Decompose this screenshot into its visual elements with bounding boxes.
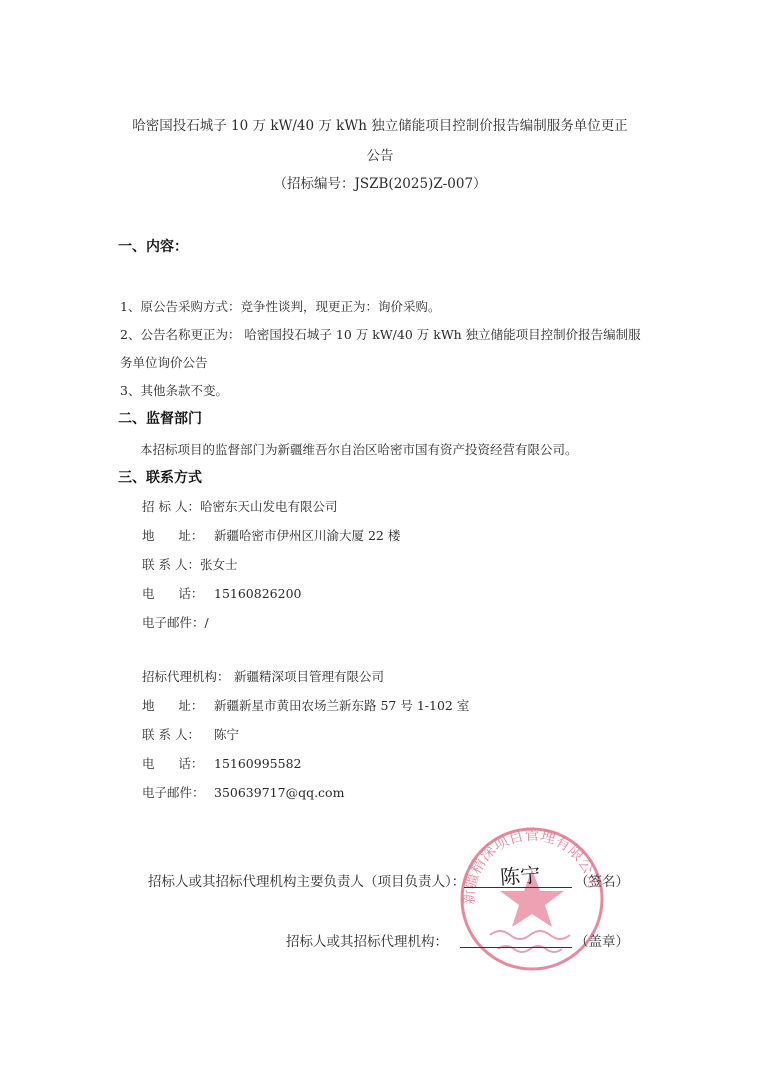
supervision-text: 本招标项目的监督部门为新疆维吾尔自治区哈密市国有资产投资经营有限公司。	[140, 440, 578, 458]
agency-address: 新疆新星市黄田农场兰新东路 57 号 1-102 室	[214, 698, 469, 713]
document-title-line1: 哈密国投石城子 10 万 kW/40 万 kWh 独立储能项目控制价报告编制服务…	[0, 114, 760, 134]
agency-phone-label: 电 话：	[142, 754, 214, 772]
tenderer-address: 新疆哈密市伊州区川渝大厦 22 楼	[214, 528, 400, 543]
agency-email: 350639717@qq.com	[214, 785, 344, 800]
official-seal-icon: 新疆精深项目管理有限公司	[458, 823, 606, 975]
agency-contact-label: 联 系 人：	[142, 725, 214, 743]
tenderer-address-row: 地 址：新疆哈密市伊州区川渝大厦 22 楼	[142, 526, 400, 544]
agency-phone-row: 电 话：15160995582	[142, 754, 301, 772]
agency-name-label: 招标代理机构：	[142, 667, 234, 685]
agency-email-row: 电子邮件：350639717@qq.com	[142, 783, 344, 801]
agency-contact-row: 联 系 人：陈宁	[142, 725, 239, 743]
tenderer-phone: 15160826200	[214, 586, 301, 601]
tenderer-name-label: 招 标 人：	[142, 497, 200, 515]
tenderer-contact-row: 联 系 人：张女士	[142, 555, 237, 573]
agency-email-label: 电子邮件：	[142, 783, 214, 801]
tenderer-email-row: 电子邮件：/	[142, 613, 209, 631]
section3-heading: 三、联系方式	[118, 467, 202, 487]
signature-line1-label: 招标人或其招标代理机构主要负责人（项目负责人）：	[148, 870, 465, 890]
agency-name-row: 招标代理机构：新疆精深项目管理有限公司	[142, 667, 384, 685]
handwritten-signature: 陈宁	[499, 859, 541, 891]
agency-address-label: 地 址：	[142, 696, 214, 714]
seal-suffix: （盖章）	[575, 930, 629, 950]
tenderer-name: 哈密东天山发电有限公司	[200, 499, 338, 514]
agency-name: 新疆精深项目管理有限公司	[234, 669, 384, 684]
section1-heading: 一、内容：	[118, 236, 188, 256]
tenderer-address-label: 地 址：	[142, 526, 214, 544]
agency-contact: 陈宁	[214, 727, 239, 742]
tenderer-email-label: 电子邮件：	[142, 613, 205, 631]
signature-suffix: （签名）	[575, 870, 629, 890]
tenderer-phone-label: 电 话：	[142, 584, 214, 602]
tenderer-phone-row: 电 话：15160826200	[142, 584, 301, 602]
section1-item-2-cont: 务单位询价公告	[120, 353, 208, 371]
section1-item-3: 3、其他条款不变。	[120, 381, 228, 399]
seal-underline	[460, 947, 572, 948]
agency-address-row: 地 址：新疆新星市黄田农场兰新东路 57 号 1-102 室	[142, 696, 469, 714]
section1-item-2: 2、公告名称更正为： 哈密国投石城子 10 万 kW/40 万 kWh 独立储能…	[120, 325, 641, 343]
tenderer-email: /	[205, 615, 209, 630]
section1-item-1: 1、原公告采购方式：竞争性谈判，现更正为：询价采购。	[120, 297, 440, 315]
agency-phone: 15160995582	[214, 756, 301, 771]
document-title-line2: 公告	[0, 144, 760, 164]
signature-line2-label: 招标人或其招标代理机构：	[286, 930, 448, 950]
tenderer-contact-label: 联 系 人：	[142, 555, 200, 573]
tenderer-name-row: 招 标 人：哈密东天山发电有限公司	[142, 497, 337, 515]
tenderer-contact: 张女士	[200, 557, 238, 572]
bid-number: （招标编号：JSZB(2025)Z-007）	[0, 172, 760, 192]
section2-heading: 二、监督部门	[118, 408, 202, 428]
